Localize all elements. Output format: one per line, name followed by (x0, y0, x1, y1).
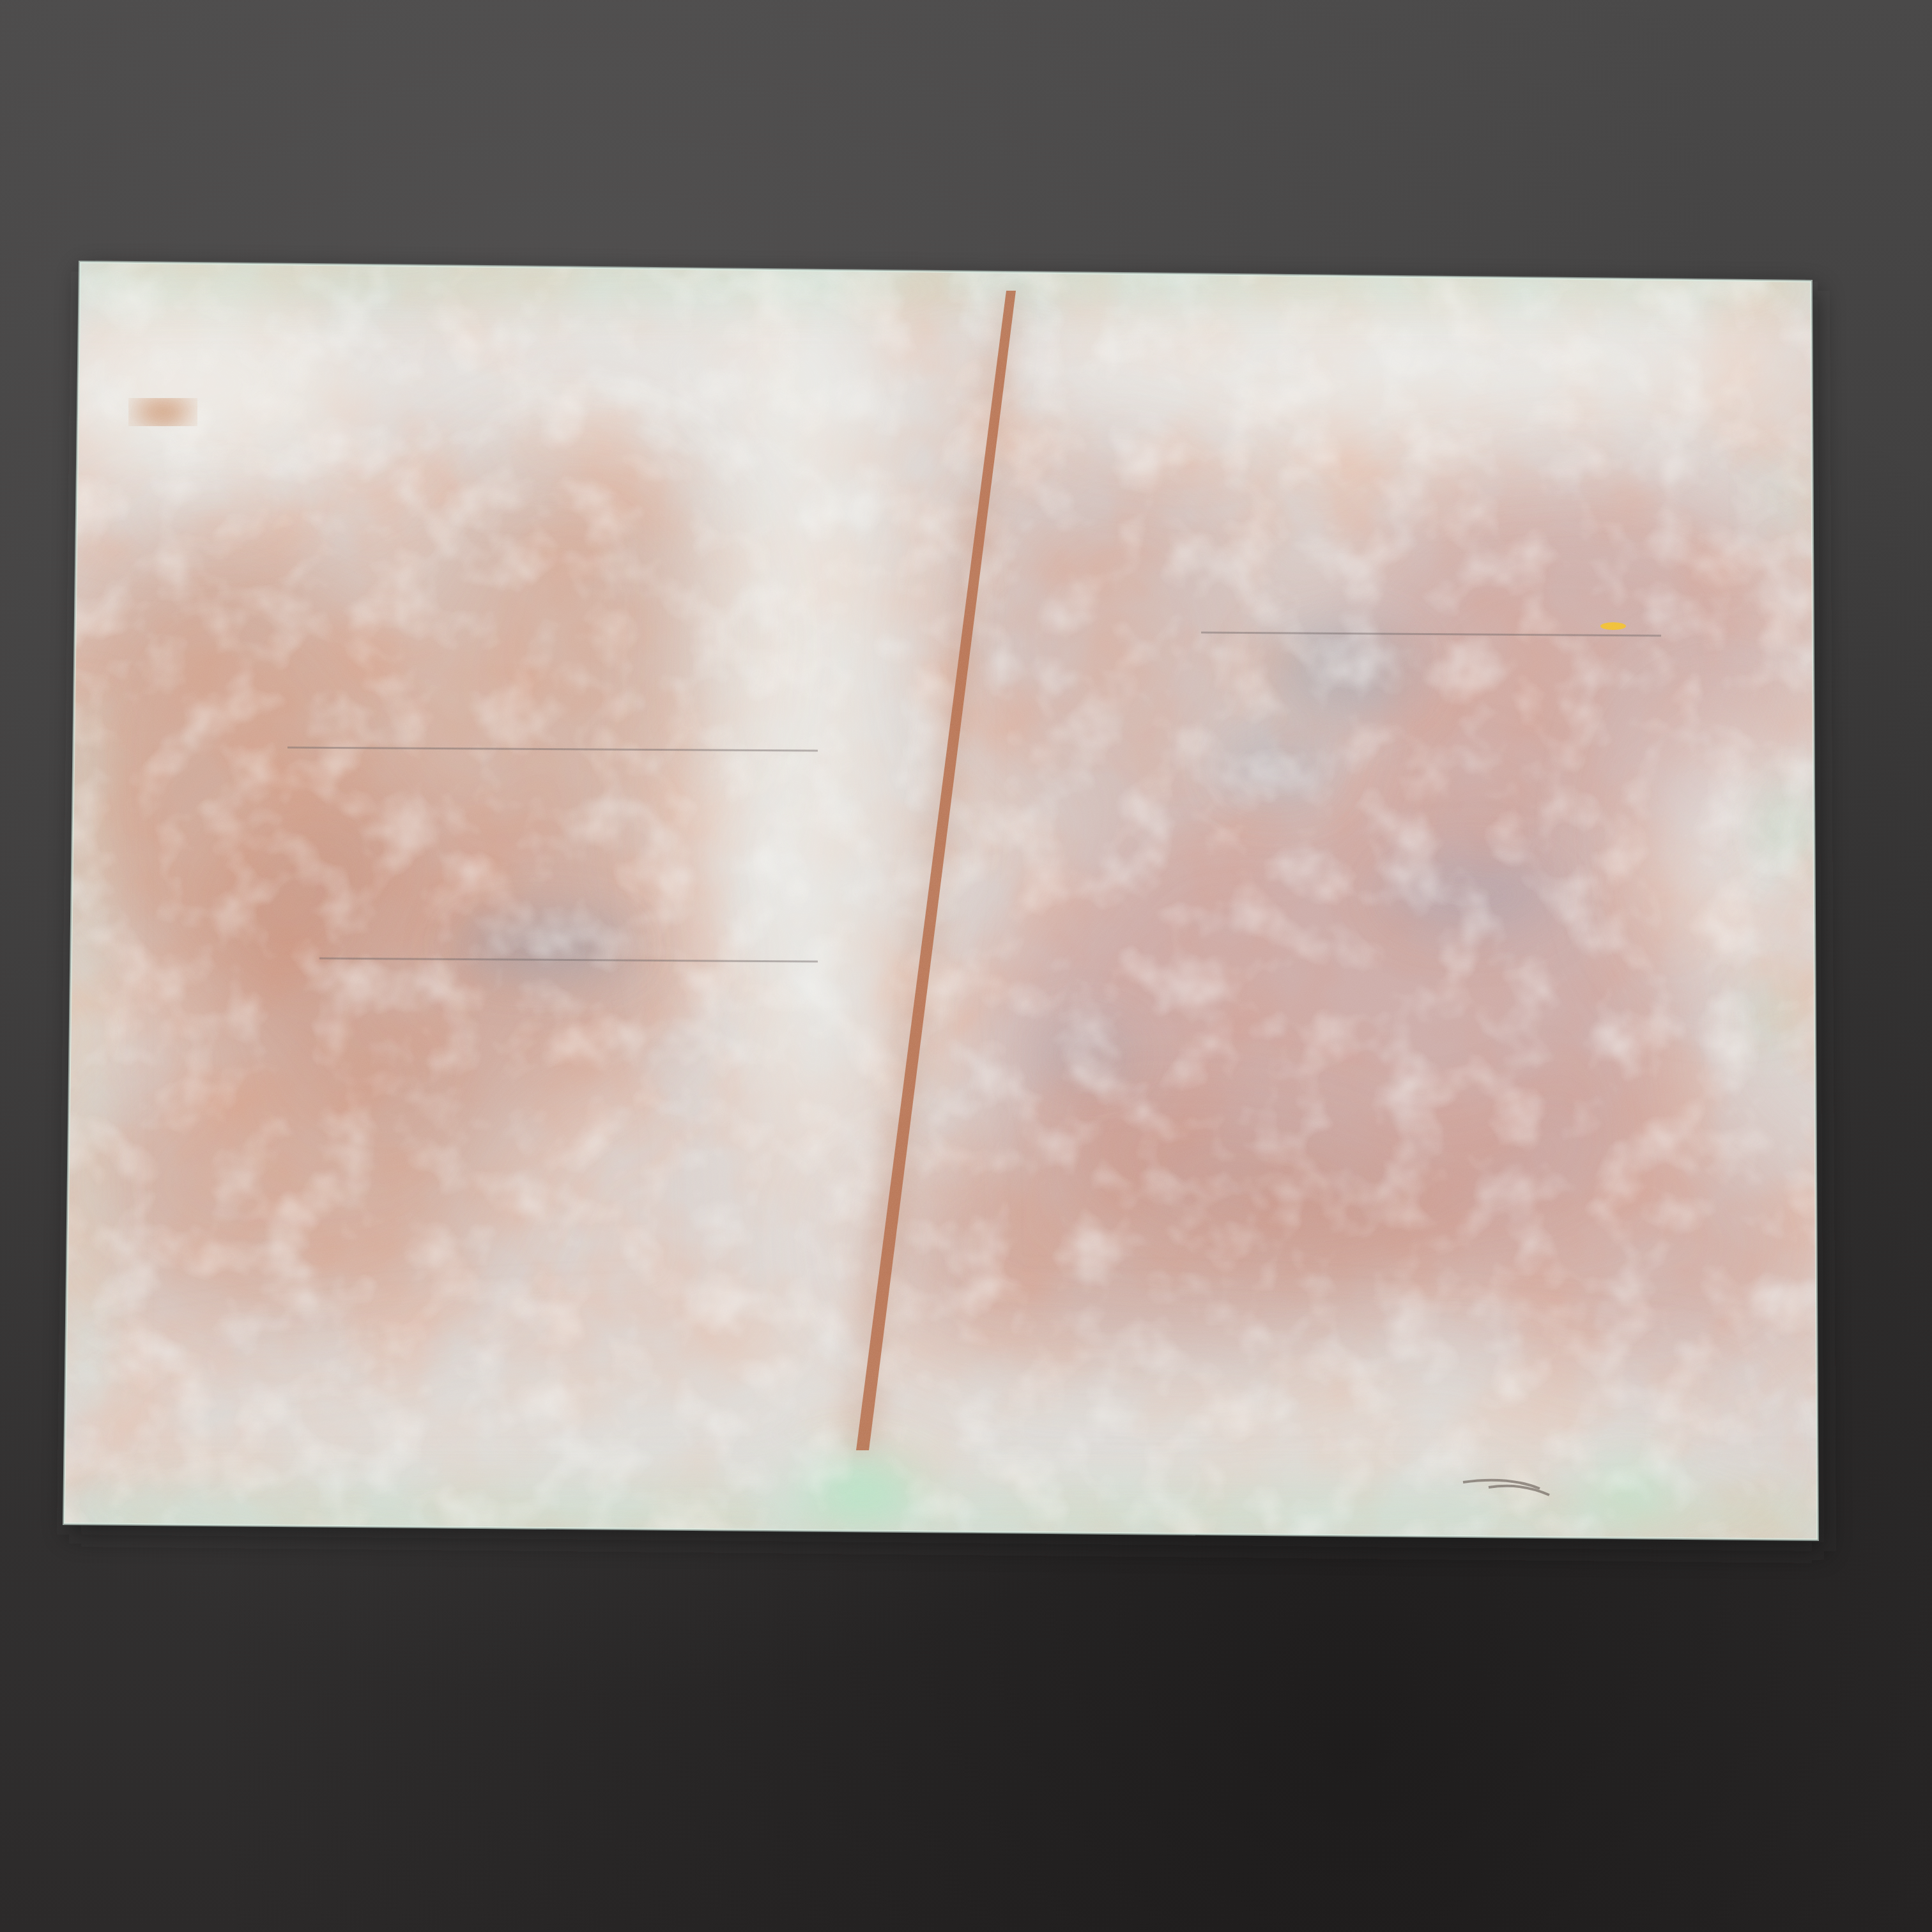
artwork-canvas (0, 0, 1932, 1932)
copper-patina-artwork (0, 0, 1932, 1932)
plate-surface (0, 0, 1932, 1932)
